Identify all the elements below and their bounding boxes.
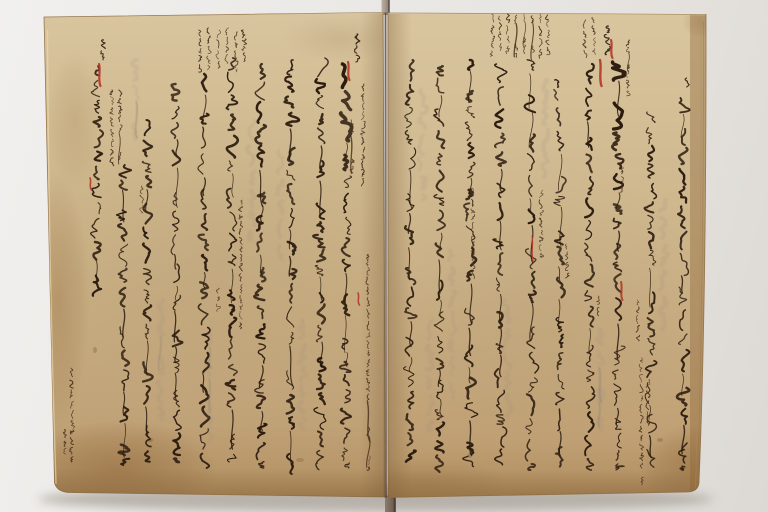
manuscript-photo xyxy=(0,0,768,512)
photo-backdrop xyxy=(0,0,768,512)
gutter xyxy=(383,12,388,498)
